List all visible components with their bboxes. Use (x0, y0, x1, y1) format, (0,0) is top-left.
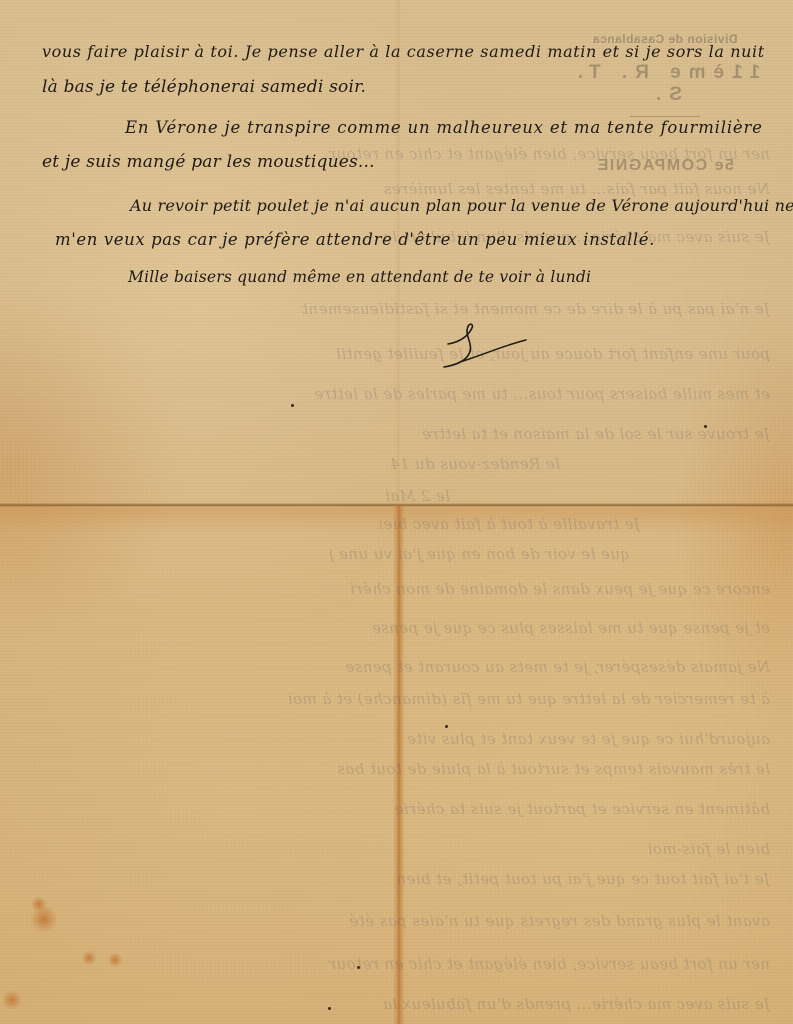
bleed-through-line: aujourd'hui ce que je te veux tant et pl… (30, 730, 770, 748)
bleed-through-line: à te remercier de la lettre que tu me fi… (30, 690, 770, 708)
letter-line: vous faire plaisir à toi. Je pense aller… (42, 42, 765, 61)
bleed-through-line: le 2 Mai (330, 487, 450, 505)
letter-line: Mille baisers quand même en attendant de… (128, 268, 591, 286)
foxing-stain (30, 897, 48, 911)
bleed-through-line: Ne jamais désespérer, je te mets au cour… (30, 658, 770, 676)
bleed-through-line: le Rendez-vous du 14 (300, 455, 560, 473)
ink-speck (445, 725, 448, 728)
letter-line: m'en veux pas car je préfère attendre d'… (55, 230, 655, 249)
ink-speck (291, 404, 294, 407)
letter-line: En Vérone je transpire comme un malheure… (125, 118, 763, 137)
bleed-through-line: le très mauvais temps et surtout à la pl… (30, 760, 770, 778)
bleed-through-line: Je travaille à tout à fait avec bien pou… (380, 515, 640, 533)
bleed-through-line: Je suis avec ma chérie... prends d'un fa… (30, 995, 770, 1013)
signature-mark (440, 322, 530, 370)
bleed-through-line: ner un fort beau service, bien élégant e… (30, 955, 770, 973)
bleed-through-line: Je n'ai pas pu à le dire de ce moment et… (30, 300, 770, 318)
letter-line: Au revoir petit poulet je n'ai aucun pla… (130, 196, 793, 215)
bleed-through-line: et mes mille baisers pour tous... tu me … (30, 385, 770, 403)
bleed-through-line: Je trouve sur le sol de la maison et ta … (30, 425, 770, 443)
bleed-through-line: encore ce que je peux dans le domaine de… (30, 580, 770, 598)
foxing-stain (2, 990, 22, 1010)
letter-line: et je suis mangé par les moustiques... (42, 152, 375, 172)
letterhead-rule (630, 116, 700, 117)
bleed-through-line: bien le fais-moi (30, 840, 770, 858)
bleed-through-line: Je t'ai fait tout ce que j'ai pu tout pe… (30, 870, 770, 888)
bleed-through-line: pour une enfant fort douce au jour, et l… (30, 345, 770, 363)
letter-page: Division de Casablanca 11ème R. T. S. 5e… (0, 0, 793, 1024)
bleed-through-line: bâtiment en service et partout je suis t… (30, 800, 770, 818)
bleed-through-line: et je pense que tu me laisses plus ce qu… (30, 619, 770, 637)
letter-line: là bas je te téléphonerai samedi soir. (42, 77, 366, 97)
bleed-through-line: que le voir de bon en que j'ai vu une fo… (330, 545, 630, 563)
bleed-through-line: avant le plus grand des regrets que tu n… (30, 912, 770, 930)
letterhead-regiment: 11ème R. T. S. (560, 62, 770, 106)
